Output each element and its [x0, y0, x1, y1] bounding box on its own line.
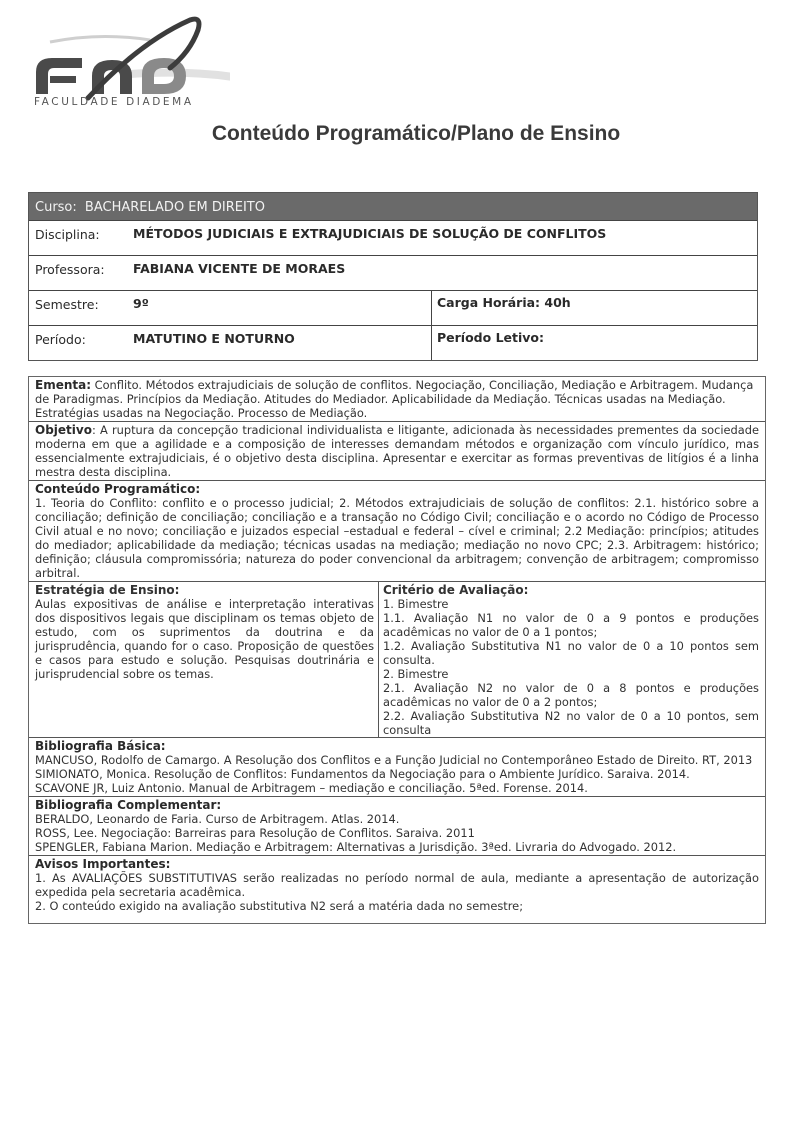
objetivo-heading: Objetivo — [35, 423, 92, 437]
periodo-row: Período: MATUTINO E NOTURNO Período Leti… — [29, 325, 757, 360]
objetivo-text: : A ruptura da concepção tradicional ind… — [35, 423, 759, 479]
disciplina-row: Disciplina: MÉTODOS JUDICIAIS E EXTRAJUD… — [29, 220, 757, 255]
estrategia-ensino-heading: Estratégia de Ensino: — [35, 583, 374, 597]
aviso-item: 1. As AVALIAÇÕES SUBSTITUTIVAS serão rea… — [35, 871, 759, 899]
criterio-item: 1. Bimestre — [383, 597, 759, 611]
periodo-value: MATUTINO E NOTURNO — [133, 326, 295, 360]
conteudo-programatico-text: 1. Teoria do Conflito: conflito e o proc… — [35, 496, 759, 580]
bibliografia-item: BERALDO, Leonardo de Faria. Curso de Arb… — [35, 812, 759, 826]
conteudo-programatico-section: Conteúdo Programático: 1. Teoria do Conf… — [29, 480, 765, 581]
carga-horaria: Carga Horária: 40h — [432, 291, 757, 325]
criterio-item: 1.1. Avaliação N1 no valor de 0 a 9 pont… — [383, 611, 759, 639]
criterio-item: 2.1. Avaliação N2 no valor de 0 a 8 pont… — [383, 681, 759, 709]
estrategia-criterio-row: Estratégia de Ensino: Aulas expositivas … — [29, 581, 765, 737]
ementa-text: Conflito. Métodos extrajudiciais de solu… — [35, 378, 753, 420]
course-info-table: Curso: BACHARELADO EM DIREITO Disciplina… — [28, 192, 758, 361]
criterio-item: 1.2. Avaliação Substitutiva N1 no valor … — [383, 639, 759, 667]
syllabus-content-table: Ementa: Conflito. Métodos extrajudiciais… — [28, 376, 766, 924]
disciplina-value: MÉTODOS JUDICIAIS E EXTRAJUDICIAIS DE SO… — [133, 221, 606, 255]
bibliografia-item: SCAVONE JR, Luiz Antonio. Manual de Arbi… — [35, 781, 759, 795]
aviso-item: 2. O conteúdo exigido na avaliação subst… — [35, 899, 759, 913]
semestre-row: Semestre: 9º Carga Horária: 40h — [29, 290, 757, 325]
semestre-value: 9º — [133, 291, 149, 325]
avisos-importantes-heading: Avisos Importantes: — [35, 857, 759, 871]
criterio-item: 2. Bimestre — [383, 667, 759, 681]
avisos-importantes-section: Avisos Importantes: 1. As AVALIAÇÕES SUB… — [29, 855, 765, 923]
bibliografia-basica-heading: Bibliografia Básica: — [35, 739, 759, 753]
criterio-item: 2.2. Avaliação Substitutiva N2 no valor … — [383, 709, 759, 737]
semestre-cell: Semestre: 9º — [29, 291, 432, 325]
bibliografia-item: MANCUSO, Rodolfo de Camargo. A Resolução… — [35, 753, 759, 767]
criterio-avaliacao-section: Critério de Avaliação: 1. Bimestre 1.1. … — [379, 582, 765, 737]
bibliografia-complementar-heading: Bibliografia Complementar: — [35, 798, 759, 812]
document-title: Conteúdo Programático/Plano de Ensino — [0, 122, 800, 146]
disciplina-label: Disciplina: — [29, 221, 133, 255]
periodo-letivo: Período Letivo: — [432, 326, 757, 360]
professora-row: Professora: FABIANA VICENTE DE MORAES — [29, 255, 757, 290]
periodo-cell: Período: MATUTINO E NOTURNO — [29, 326, 432, 360]
bibliografia-complementar-section: Bibliografia Complementar: BERALDO, Leon… — [29, 796, 765, 855]
ementa-heading: Ementa: — [35, 378, 91, 392]
professora-value: FABIANA VICENTE DE MORAES — [133, 256, 345, 290]
curso-value: BACHARELADO EM DIREITO — [85, 200, 265, 215]
objetivo-section: Objetivo: A ruptura da concepção tradici… — [29, 421, 765, 480]
logo-tagline: FACULDADE DIADEMA — [34, 96, 194, 108]
curso-label: Curso: — [35, 200, 77, 215]
bibliografia-item: SIMIONATO, Monica. Resolução de Conflito… — [35, 767, 759, 781]
curso-row: Curso: BACHARELADO EM DIREITO — [29, 193, 757, 220]
periodo-label: Período: — [29, 326, 133, 360]
ementa-section: Ementa: Conflito. Métodos extrajudiciais… — [29, 377, 765, 421]
conteudo-programatico-heading: Conteúdo Programático: — [35, 482, 759, 496]
bibliografia-basica-section: Bibliografia Básica: MANCUSO, Rodolfo de… — [29, 737, 765, 796]
bibliografia-item: SPENGLER, Fabiana Marion. Mediação e Arb… — [35, 840, 759, 854]
professora-label: Professora: — [29, 256, 133, 290]
semestre-label: Semestre: — [29, 291, 133, 325]
criterio-avaliacao-heading: Critério de Avaliação: — [383, 583, 759, 597]
estrategia-ensino-text: Aulas expositivas de análise e interpret… — [35, 597, 374, 681]
estrategia-ensino-section: Estratégia de Ensino: Aulas expositivas … — [29, 582, 379, 737]
bibliografia-item: ROSS, Lee. Negociação: Barreiras para Re… — [35, 826, 759, 840]
